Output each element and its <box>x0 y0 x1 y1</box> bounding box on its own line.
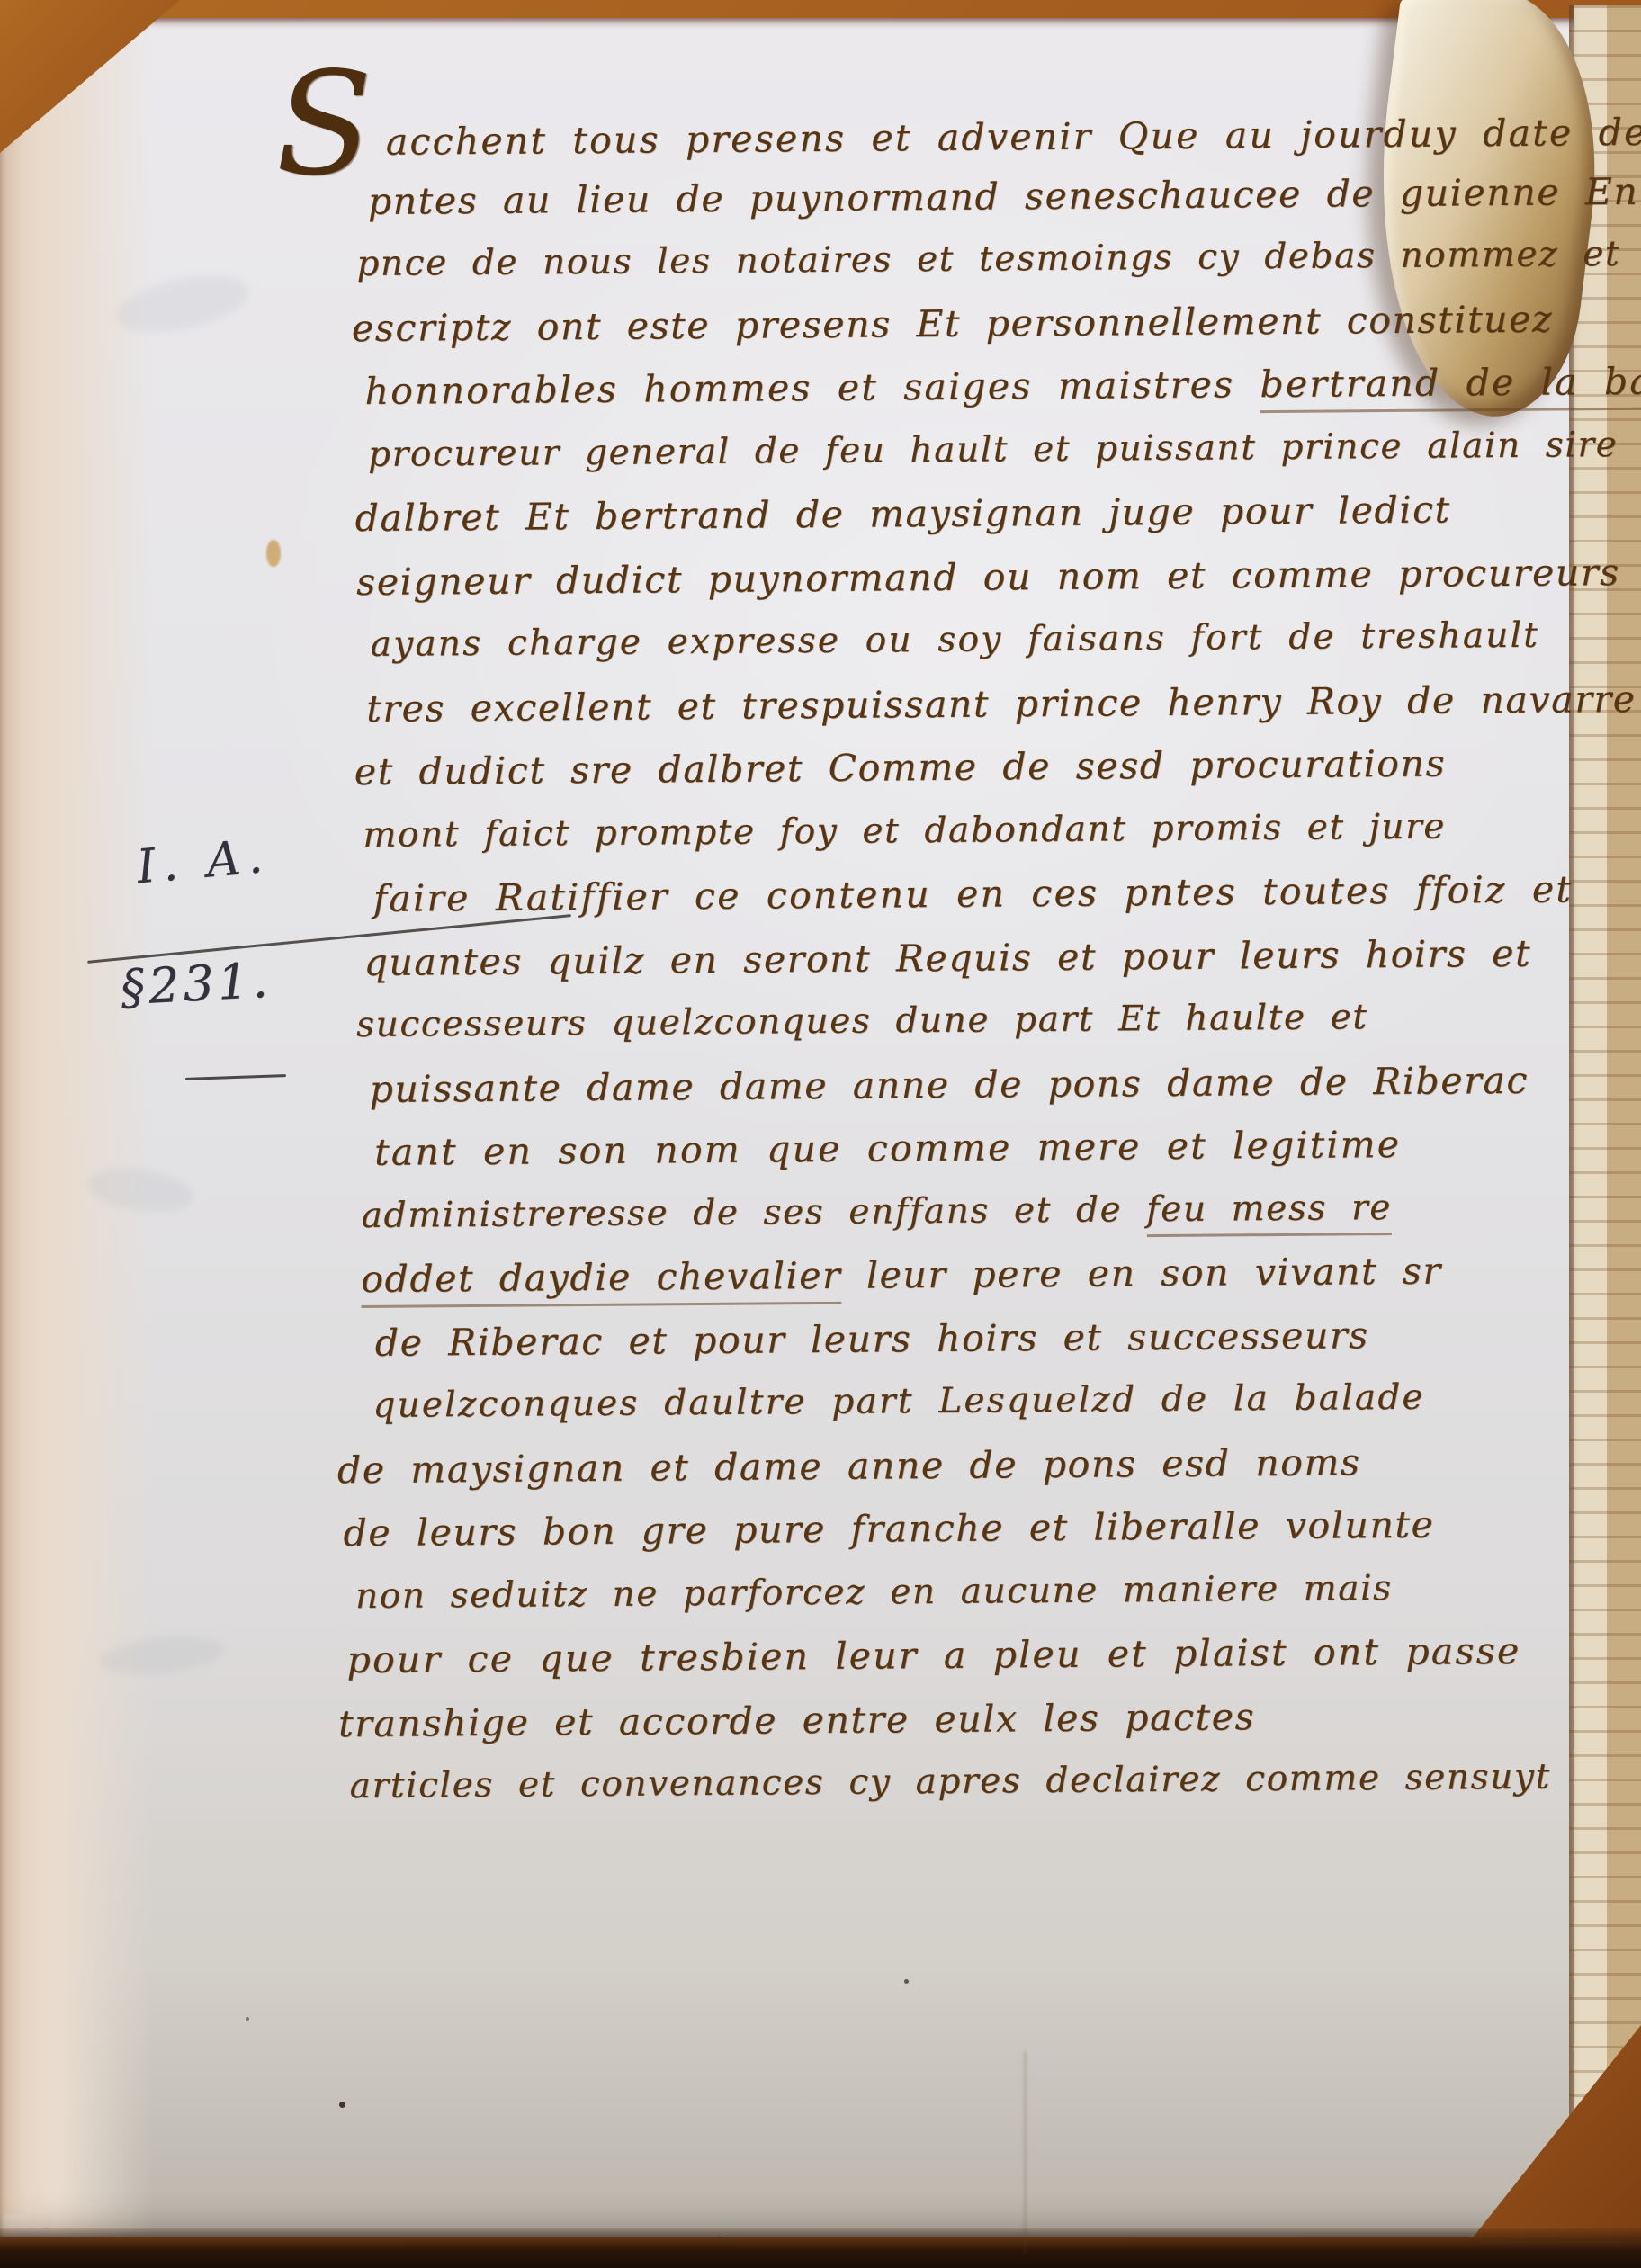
manuscript-line: faire Ratiffier ce contenu en ces pntes … <box>373 857 1616 930</box>
manuscript-line: de maysignan et dame anne de pons esd no… <box>337 1429 1620 1502</box>
paper-speck <box>246 2017 249 2021</box>
margin-inventory-mark: I. A. <box>135 829 272 895</box>
manuscript-line: pntes au lieu de puynormand seneschaucee… <box>368 160 1610 233</box>
manuscript-line: tant en son nom que comme mere et legiti… <box>374 1111 1618 1184</box>
manuscript-line: procureur general de feu hault et puissa… <box>368 414 1612 487</box>
manuscript-line: non seduitz ne parforcez en aucune manie… <box>355 1555 1621 1629</box>
ink-stain <box>266 540 281 567</box>
manuscript-line: mont faict prompte foy et dabondant prom… <box>363 794 1615 867</box>
paper-crease <box>1024 2051 1027 2254</box>
manuscript-line: escriptz ont este presens Et personnelle… <box>352 287 1611 360</box>
bottom-edge-shadow <box>0 2228 1641 2268</box>
manuscript-line: tres excellent et trespuissant prince he… <box>366 668 1614 740</box>
paper-speck <box>718 2237 723 2241</box>
manuscript-line: articles et convenances cy apres declair… <box>349 1745 1622 1819</box>
manuscript-line: pnce de nous les notaires et tesmoings c… <box>356 223 1610 296</box>
left-deckle-edge <box>0 108 50 2214</box>
manuscript-line: administreresse de ses enffans et de feu… <box>361 1175 1618 1248</box>
manuscript-line: successeurs quelzconques dune part Et ha… <box>356 984 1617 1057</box>
manuscript-line: seigneur dudict puynormand ou nom et com… <box>356 541 1613 614</box>
manuscript-line: ayans charge expresse ou soy faisans for… <box>370 604 1613 677</box>
margin-section-number: §231. <box>119 952 272 1017</box>
text-block: Sacchent tous presens et advenir Que au … <box>358 96 1622 1818</box>
manuscript-line: honnorables hommes et saiges maistres be… <box>364 350 1611 423</box>
manuscript-line: puissante dame dame anne de pons dame de… <box>369 1048 1617 1121</box>
manuscript-line: quelzconques daultre part Lesquelzd de l… <box>372 1365 1619 1438</box>
manuscript-line: et dudict sre dalbret Comme de sesd proc… <box>354 731 1615 803</box>
manuscript-line: oddet daydie chevalier leur pere en son … <box>361 1238 1619 1311</box>
manuscript-line: de leurs bon gre pure franche et liberal… <box>343 1492 1620 1565</box>
manuscript-line: quantes quilz en seront Requis et pour l… <box>363 921 1616 994</box>
manuscript-line: de Riberac et pour leurs hoirs et succes… <box>375 1302 1619 1375</box>
manuscript-line: Sacchent tous presens et advenir Que au … <box>358 96 1610 169</box>
manuscript-line: transhige et accorde entre eulx les pact… <box>338 1682 1622 1756</box>
manuscript-line: dalbret Et bertrand de maysignan juge po… <box>354 477 1612 550</box>
paper-speck <box>339 2102 345 2108</box>
paper-speck <box>904 1979 909 1984</box>
manuscript-line: pour ce que tresbien leur a pleu et plai… <box>346 1618 1621 1692</box>
